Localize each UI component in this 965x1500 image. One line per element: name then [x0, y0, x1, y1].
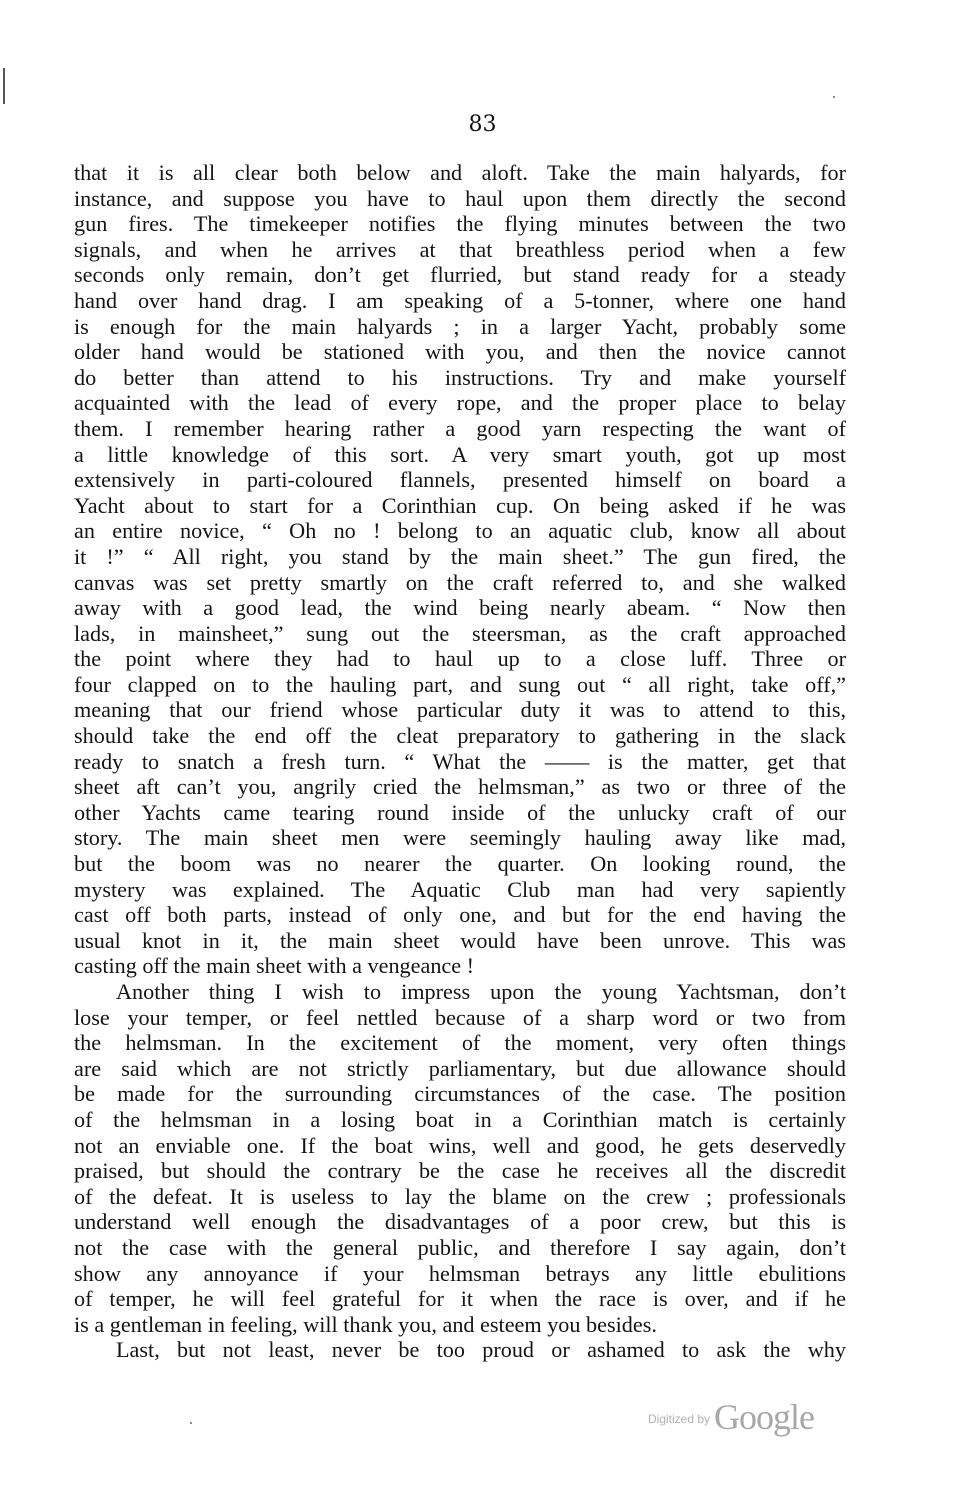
text-line: a little knowledge of this sort. A very … — [74, 442, 846, 468]
text-line: mystery was explained. The Aquatic Club … — [74, 877, 846, 903]
text-line: four clapped on to the hauling part, and… — [74, 672, 846, 698]
text-line: instance, and suppose you have to haul u… — [74, 186, 846, 212]
text-line: of temper, he will feel grateful for it … — [74, 1286, 846, 1312]
watermark-prefix: Digitized by — [648, 1412, 710, 1426]
text-line: it !” “ All right, you stand by the main… — [74, 544, 846, 570]
text-line: them. I remember hearing rather a good y… — [74, 416, 846, 442]
text-line: sheet aft can’t you, angrily cried the h… — [74, 774, 846, 800]
scan-speck — [833, 96, 835, 98]
text-line: be made for the surrounding circumstance… — [74, 1081, 846, 1107]
google-logo: Google — [714, 1397, 814, 1437]
text-line: not the case with the general public, an… — [74, 1235, 846, 1261]
text-line: Yacht about to start for a Corinthian cu… — [74, 493, 846, 519]
text-line: the helmsman. In the excitement of the m… — [74, 1030, 846, 1056]
scan-edge-mark — [3, 68, 5, 104]
text-line: casting off the main sheet with a vengea… — [74, 953, 846, 979]
text-line: show any annoyance if your helmsman betr… — [74, 1261, 846, 1287]
text-line: of the helmsman in a losing boat in a Co… — [74, 1107, 846, 1133]
scan-speck — [190, 1422, 192, 1424]
text-line: gun fires. The timekeeper notifies the f… — [74, 211, 846, 237]
text-line: of the defeat. It is useless to lay the … — [74, 1184, 846, 1210]
text-line: not an enviable one. If the boat wins, w… — [74, 1133, 846, 1159]
text-line: do better than attend to his instruction… — [74, 365, 846, 391]
text-line: is a gentleman in feeling, will thank yo… — [74, 1312, 846, 1338]
text-line: praised, but should the contrary be the … — [74, 1158, 846, 1184]
text-line: story. The main sheet men were seemingly… — [74, 825, 846, 851]
text-line: seconds only remain, don’t get flurried,… — [74, 262, 846, 288]
text-line: understand well enough the disadvantages… — [74, 1209, 846, 1235]
paragraph-start-line: Another thing I wish to impress upon the… — [74, 979, 846, 1005]
page-number: 83 — [0, 112, 965, 137]
text-line: away with a good lead, the wind being ne… — [74, 595, 846, 621]
text-line: canvas was set pretty smartly on the cra… — [74, 570, 846, 596]
book-page: 83 that it is all clear both below and a… — [0, 0, 965, 1500]
text-line: that it is all clear both below and alof… — [74, 160, 846, 186]
text-line: ready to snatch a fresh turn. “ What the… — [74, 749, 846, 775]
text-line: but the boom was no nearer the quarter. … — [74, 851, 846, 877]
text-line: lads, in mainsheet,” sung out the steers… — [74, 621, 846, 647]
text-line: lose your temper, or feel nettled becaus… — [74, 1005, 846, 1031]
text-line: usual knot in it, the main sheet would h… — [74, 928, 846, 954]
text-line: older hand would be stationed with you, … — [74, 339, 846, 365]
text-line: hand over hand drag. I am speaking of a … — [74, 288, 846, 314]
digitized-by-google-watermark: Digitized by Google — [648, 1396, 814, 1438]
text-line: are said which are not strictly parliame… — [74, 1056, 846, 1082]
text-line: extensively in parti-coloured flannels, … — [74, 467, 846, 493]
text-line: is enough for the main halyards ; in a l… — [74, 314, 846, 340]
text-line: an entire novice, “ Oh no ! belong to an… — [74, 518, 846, 544]
body-text: that it is all clear both below and alof… — [74, 160, 846, 1363]
text-line: signals, and when he arrives at that bre… — [74, 237, 846, 263]
text-line: meaning that our friend whose particular… — [74, 697, 846, 723]
text-line: should take the end off the cleat prepar… — [74, 723, 846, 749]
text-line: other Yachts came tearing round inside o… — [74, 800, 846, 826]
text-line: the point where they had to haul up to a… — [74, 646, 846, 672]
paragraph-start-line: Last, but not least, never be too proud … — [74, 1337, 846, 1363]
text-line: acquainted with the lead of every rope, … — [74, 390, 846, 416]
text-line: cast off both parts, instead of only one… — [74, 902, 846, 928]
